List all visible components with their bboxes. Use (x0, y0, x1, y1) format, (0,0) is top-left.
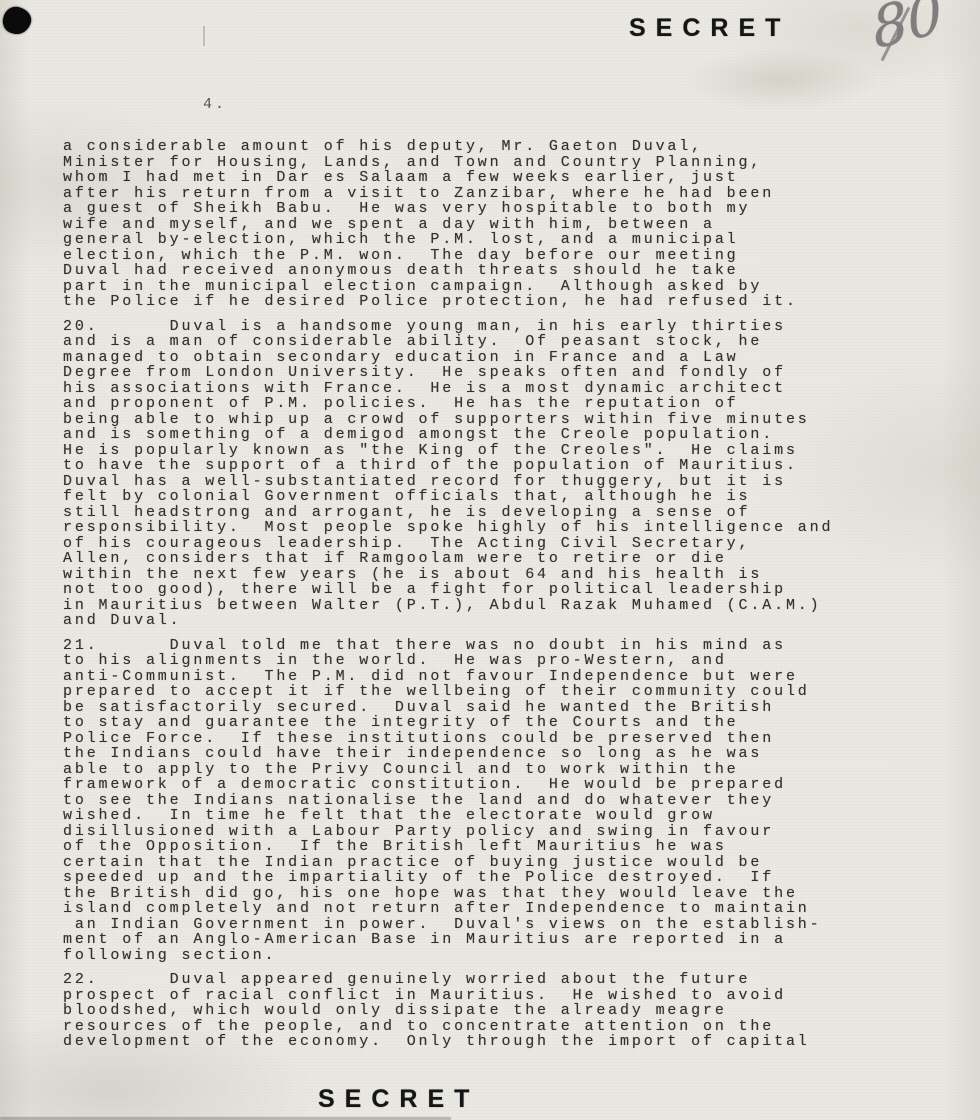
hole-punch-mark (0, 4, 33, 36)
paragraph-22: 22. Duval appeared genuinely worried abo… (63, 972, 958, 1050)
secret-stamp-top: SECRET (629, 14, 790, 43)
paragraph-21: 21. Duval told me that there was no doub… (63, 638, 958, 964)
secret-stamp-bottom: SECRET (318, 1085, 479, 1114)
scanned-document-page: SECRET 80 4. a considerable amount of hi… (0, 0, 980, 1120)
scan-artifact-line (203, 26, 205, 46)
page-number: 4. (203, 96, 227, 113)
document-body: a considerable amount of his deputy, Mr.… (63, 139, 958, 1059)
paragraph-20: 20. Duval is a handsome young man, in hi… (63, 319, 958, 629)
paragraph-continuation: a considerable amount of his deputy, Mr.… (63, 139, 958, 310)
handwritten-page-note: 80 (869, 0, 946, 59)
